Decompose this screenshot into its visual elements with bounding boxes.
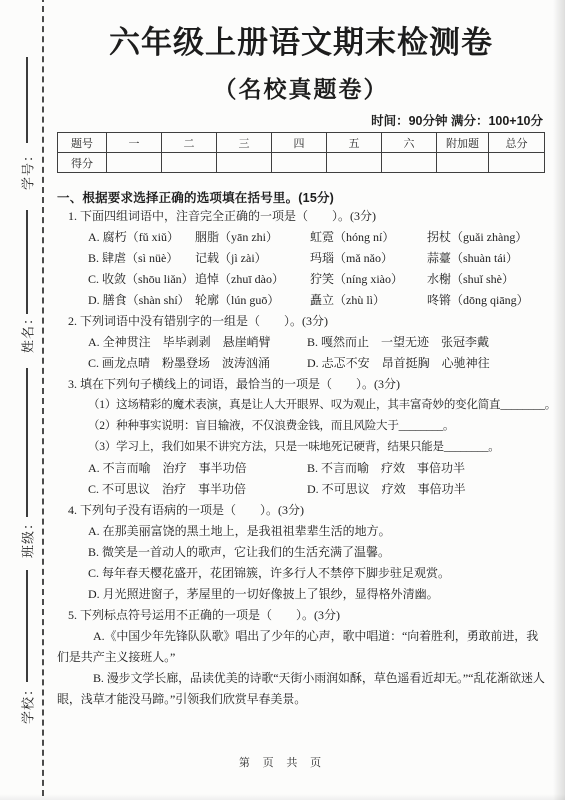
score-cell bbox=[489, 153, 545, 173]
option-cell: A. 腐朽（fǔ xiǔ） bbox=[88, 227, 195, 248]
score-table-header-row: 题号 一 二 三 四 五 六 附加题 总分 bbox=[58, 133, 545, 153]
question-1-option-row-b: B. 肆虐（sì nüè） 记载（jì zài） 玛瑙（mǎ nǎo） 蒜薹（s… bbox=[88, 248, 545, 269]
option-cell: 咚锵（dōng qiāng） bbox=[427, 290, 545, 311]
question-2: 2. 下列词语中没有错别字的一组是（ ）。(3分) A. 全神贯注 毕毕剥剥 悬… bbox=[57, 311, 545, 374]
table-header-cell: 总分 bbox=[489, 133, 545, 153]
option-cell: 胭脂（yān zhi） bbox=[195, 227, 310, 248]
class-blank-line bbox=[26, 368, 28, 517]
score-table-score-row: 得分 bbox=[58, 153, 545, 173]
option-cell: D. 不可思议 疗效 事倍功半 bbox=[307, 479, 545, 500]
question-2-option-row-ab: A. 全神贯注 毕毕剥剥 悬崖峭臂 B. 嘎然而止 一望无迹 张冠李戴 bbox=[88, 332, 545, 353]
question-1-option-row-c: C. 收敛（shōu liǎn） 追悼（zhuī dào） 狞笑（níng xi… bbox=[88, 269, 545, 290]
sidebar-field-school: 学校： bbox=[18, 682, 37, 724]
sidebar-field-name: 姓名： bbox=[18, 311, 37, 353]
question-3: 3. 填在下列句子横线上的词语，最恰当的一项是（ ）。(3分) （1）这场精彩的… bbox=[57, 374, 545, 500]
table-header-cell: 一 bbox=[107, 133, 162, 153]
option-cell: D. 膳食（shàn shí） bbox=[88, 290, 195, 311]
option-cell: 轮廓（lún guō） bbox=[195, 290, 310, 311]
question-5: 5. 下列标点符号运用不正确的一项是（ ）。(3分) A.《中国少年先锋队队歌》… bbox=[57, 605, 545, 710]
section-one-heading: 一、根据要求选择正确的选项填在括号里。(15分) bbox=[57, 188, 545, 206]
option-cell: C. 画龙点晴 粉墨登场 波涛汹涌 bbox=[88, 353, 307, 374]
option-cell: 记载（jì zài） bbox=[195, 248, 310, 269]
question-3-option-row-ab: A. 不言而喻 治疗 事半功倍 B. 不言而喻 疗效 事倍功半 bbox=[88, 458, 545, 479]
table-header-cell: 题号 bbox=[58, 133, 107, 153]
option-cell: B. 肆虐（sì nüè） bbox=[88, 248, 195, 269]
question-2-stem: 2. 下列词语中没有错别字的一组是（ ）。(3分) bbox=[68, 311, 545, 332]
score-table: 题号 一 二 三 四 五 六 附加题 总分 得分 bbox=[57, 132, 545, 173]
question-4-option-d: D. 月光照进窗子，茅屋里的一切好像披上了银纱，显得格外清幽。 bbox=[88, 584, 545, 605]
page-footer: 第 页 共 页 bbox=[0, 754, 565, 770]
page-title: 六年级上册语文期末检测卷 bbox=[57, 17, 545, 62]
option-cell: 蒜薹（shuàn tái） bbox=[427, 248, 545, 269]
question-4-option-a: A. 在那美丽富饶的黑土地上，是我祖祖辈辈生活的地方。 bbox=[88, 521, 545, 542]
option-cell: 水榭（shuǐ shè） bbox=[427, 269, 545, 290]
seal-binding-line bbox=[42, 0, 44, 800]
option-cell: B. 不言而喻 疗效 事倍功半 bbox=[307, 458, 545, 479]
option-cell: C. 每年春天樱花盛开，花团锦簇，许多行人不禁停下脚步驻足观赏。 bbox=[88, 563, 545, 584]
score-cell bbox=[382, 153, 437, 173]
table-header-cell: 六 bbox=[382, 133, 437, 153]
score-cell bbox=[272, 153, 327, 173]
option-cell: A. 不言而喻 治疗 事半功倍 bbox=[88, 458, 307, 479]
table-header-cell: 二 bbox=[162, 133, 217, 153]
sidebar-field-class: 班级： bbox=[18, 516, 37, 558]
option-cell: A. 在那美丽富饶的黑土地上，是我祖祖辈辈生活的地方。 bbox=[88, 521, 545, 542]
question-1-option-row-d: D. 膳食（shàn shí） 轮廓（lún guō） 矗立（zhù lì） 咚… bbox=[88, 290, 545, 311]
score-cell bbox=[437, 153, 489, 173]
question-5-stem: 5. 下列标点符号运用不正确的一项是（ ）。(3分) bbox=[68, 605, 545, 626]
exam-time-score-info: 时间：90分钟 满分：100+10分 bbox=[57, 111, 545, 129]
score-cell bbox=[162, 153, 217, 173]
option-cell: 追悼（zhuī dào） bbox=[195, 269, 310, 290]
question-1: 1. 下面四组词语中，注音完全正确的一项是（ ）。(3分) A. 腐朽（fǔ x… bbox=[57, 206, 545, 311]
question-4: 4. 下列句子没有语病的一项是（ ）。(3分) A. 在那美丽富饶的黑土地上，是… bbox=[57, 500, 545, 605]
table-header-cell: 三 bbox=[217, 133, 272, 153]
table-header-cell: 四 bbox=[272, 133, 327, 153]
score-cell bbox=[327, 153, 382, 173]
score-cell bbox=[217, 153, 272, 173]
question-3-option-row-cd: C. 不可思议 治疗 事半功倍 D. 不可思议 疗效 事倍功半 bbox=[88, 479, 545, 500]
option-cell: 玛瑙（mǎ nǎo） bbox=[310, 248, 427, 269]
question-1-stem: 1. 下面四组词语中，注音完全正确的一项是（ ）。(3分) bbox=[68, 206, 545, 227]
option-cell: B. 嘎然而止 一望无迹 张冠李戴 bbox=[307, 332, 545, 353]
option-cell: 虹霓（hóng ní） bbox=[310, 227, 427, 248]
question-3-sub-item-3: （3）学习上，我们如果不讲究方法，只是一味地死记硬背，结果只能是________… bbox=[88, 437, 545, 458]
question-4-option-c: C. 每年春天樱花盛开，花团锦簇，许多行人不禁停下脚步驻足观赏。 bbox=[88, 563, 545, 584]
score-row-label: 得分 bbox=[58, 153, 107, 173]
option-cell: D. 忐忑不安 昂首挺胸 心驰神往 bbox=[307, 353, 545, 374]
option-cell: B. 微笑是一首动人的歌声，它让我们的生活充满了温馨。 bbox=[88, 542, 545, 563]
option-cell: 拐杖（guǎi zhàng） bbox=[427, 227, 545, 248]
option-cell: D. 月光照进窗子，茅屋里的一切好像披上了银纱，显得格外清幽。 bbox=[88, 584, 545, 605]
scan-shadow-bottom bbox=[0, 794, 565, 800]
question-3-sub-item-2: （2）种种事实说明：盲目输液，不仅浪费金钱，而且风险大于________。 bbox=[88, 416, 545, 437]
page-subtitle: （名校真题卷） bbox=[57, 71, 545, 104]
option-cell: C. 收敛（shōu liǎn） bbox=[88, 269, 195, 290]
question-1-option-row-a: A. 腐朽（fǔ xiǔ） 胭脂（yān zhi） 虹霓（hóng ní） 拐杖… bbox=[88, 227, 545, 248]
option-cell: C. 不可思议 治疗 事半功倍 bbox=[88, 479, 307, 500]
school-blank-line bbox=[26, 570, 28, 682]
question-3-stem: 3. 填在下列句子横线上的词语，最恰当的一项是（ ）。(3分) bbox=[68, 374, 545, 395]
name-blank-line bbox=[26, 210, 28, 314]
exam-page: 六年级上册语文期末检测卷 （名校真题卷） 时间：90分钟 满分：100+10分 … bbox=[57, 0, 545, 710]
sidebar-field-student-id: 学号： bbox=[18, 148, 37, 190]
question-2-option-row-cd: C. 画龙点晴 粉墨登场 波涛汹涌 D. 忐忑不安 昂首挺胸 心驰神往 bbox=[88, 353, 545, 374]
student-id-blank-line bbox=[26, 57, 28, 143]
table-header-cell: 五 bbox=[327, 133, 382, 153]
question-4-option-b: B. 微笑是一首动人的歌声，它让我们的生活充满了温馨。 bbox=[88, 542, 545, 563]
option-cell: A. 全神贯注 毕毕剥剥 悬崖峭臂 bbox=[88, 332, 307, 353]
score-cell bbox=[107, 153, 162, 173]
question-3-sub-item-1: （1）这场精彩的魔术表演，真是让人大开眼界、叹为观止，其丰富奇妙的变化简直___… bbox=[88, 395, 545, 416]
question-4-stem: 4. 下列句子没有语病的一项是（ ）。(3分) bbox=[68, 500, 545, 521]
option-cell: 矗立（zhù lì） bbox=[310, 290, 427, 311]
question-5-option-b: B. 漫步文学长廊，品读优美的诗歌“天街小雨润如酥，草色遥看近却无。”“乱花渐欲… bbox=[57, 668, 545, 710]
table-header-cell: 附加题 bbox=[437, 133, 489, 153]
question-5-option-a: A.《中国少年先锋队队歌》唱出了少年的心声，歌中唱道：“向着胜利，勇敢前进，我们… bbox=[57, 626, 545, 668]
option-cell: 狞笑（níng xiào） bbox=[310, 269, 427, 290]
